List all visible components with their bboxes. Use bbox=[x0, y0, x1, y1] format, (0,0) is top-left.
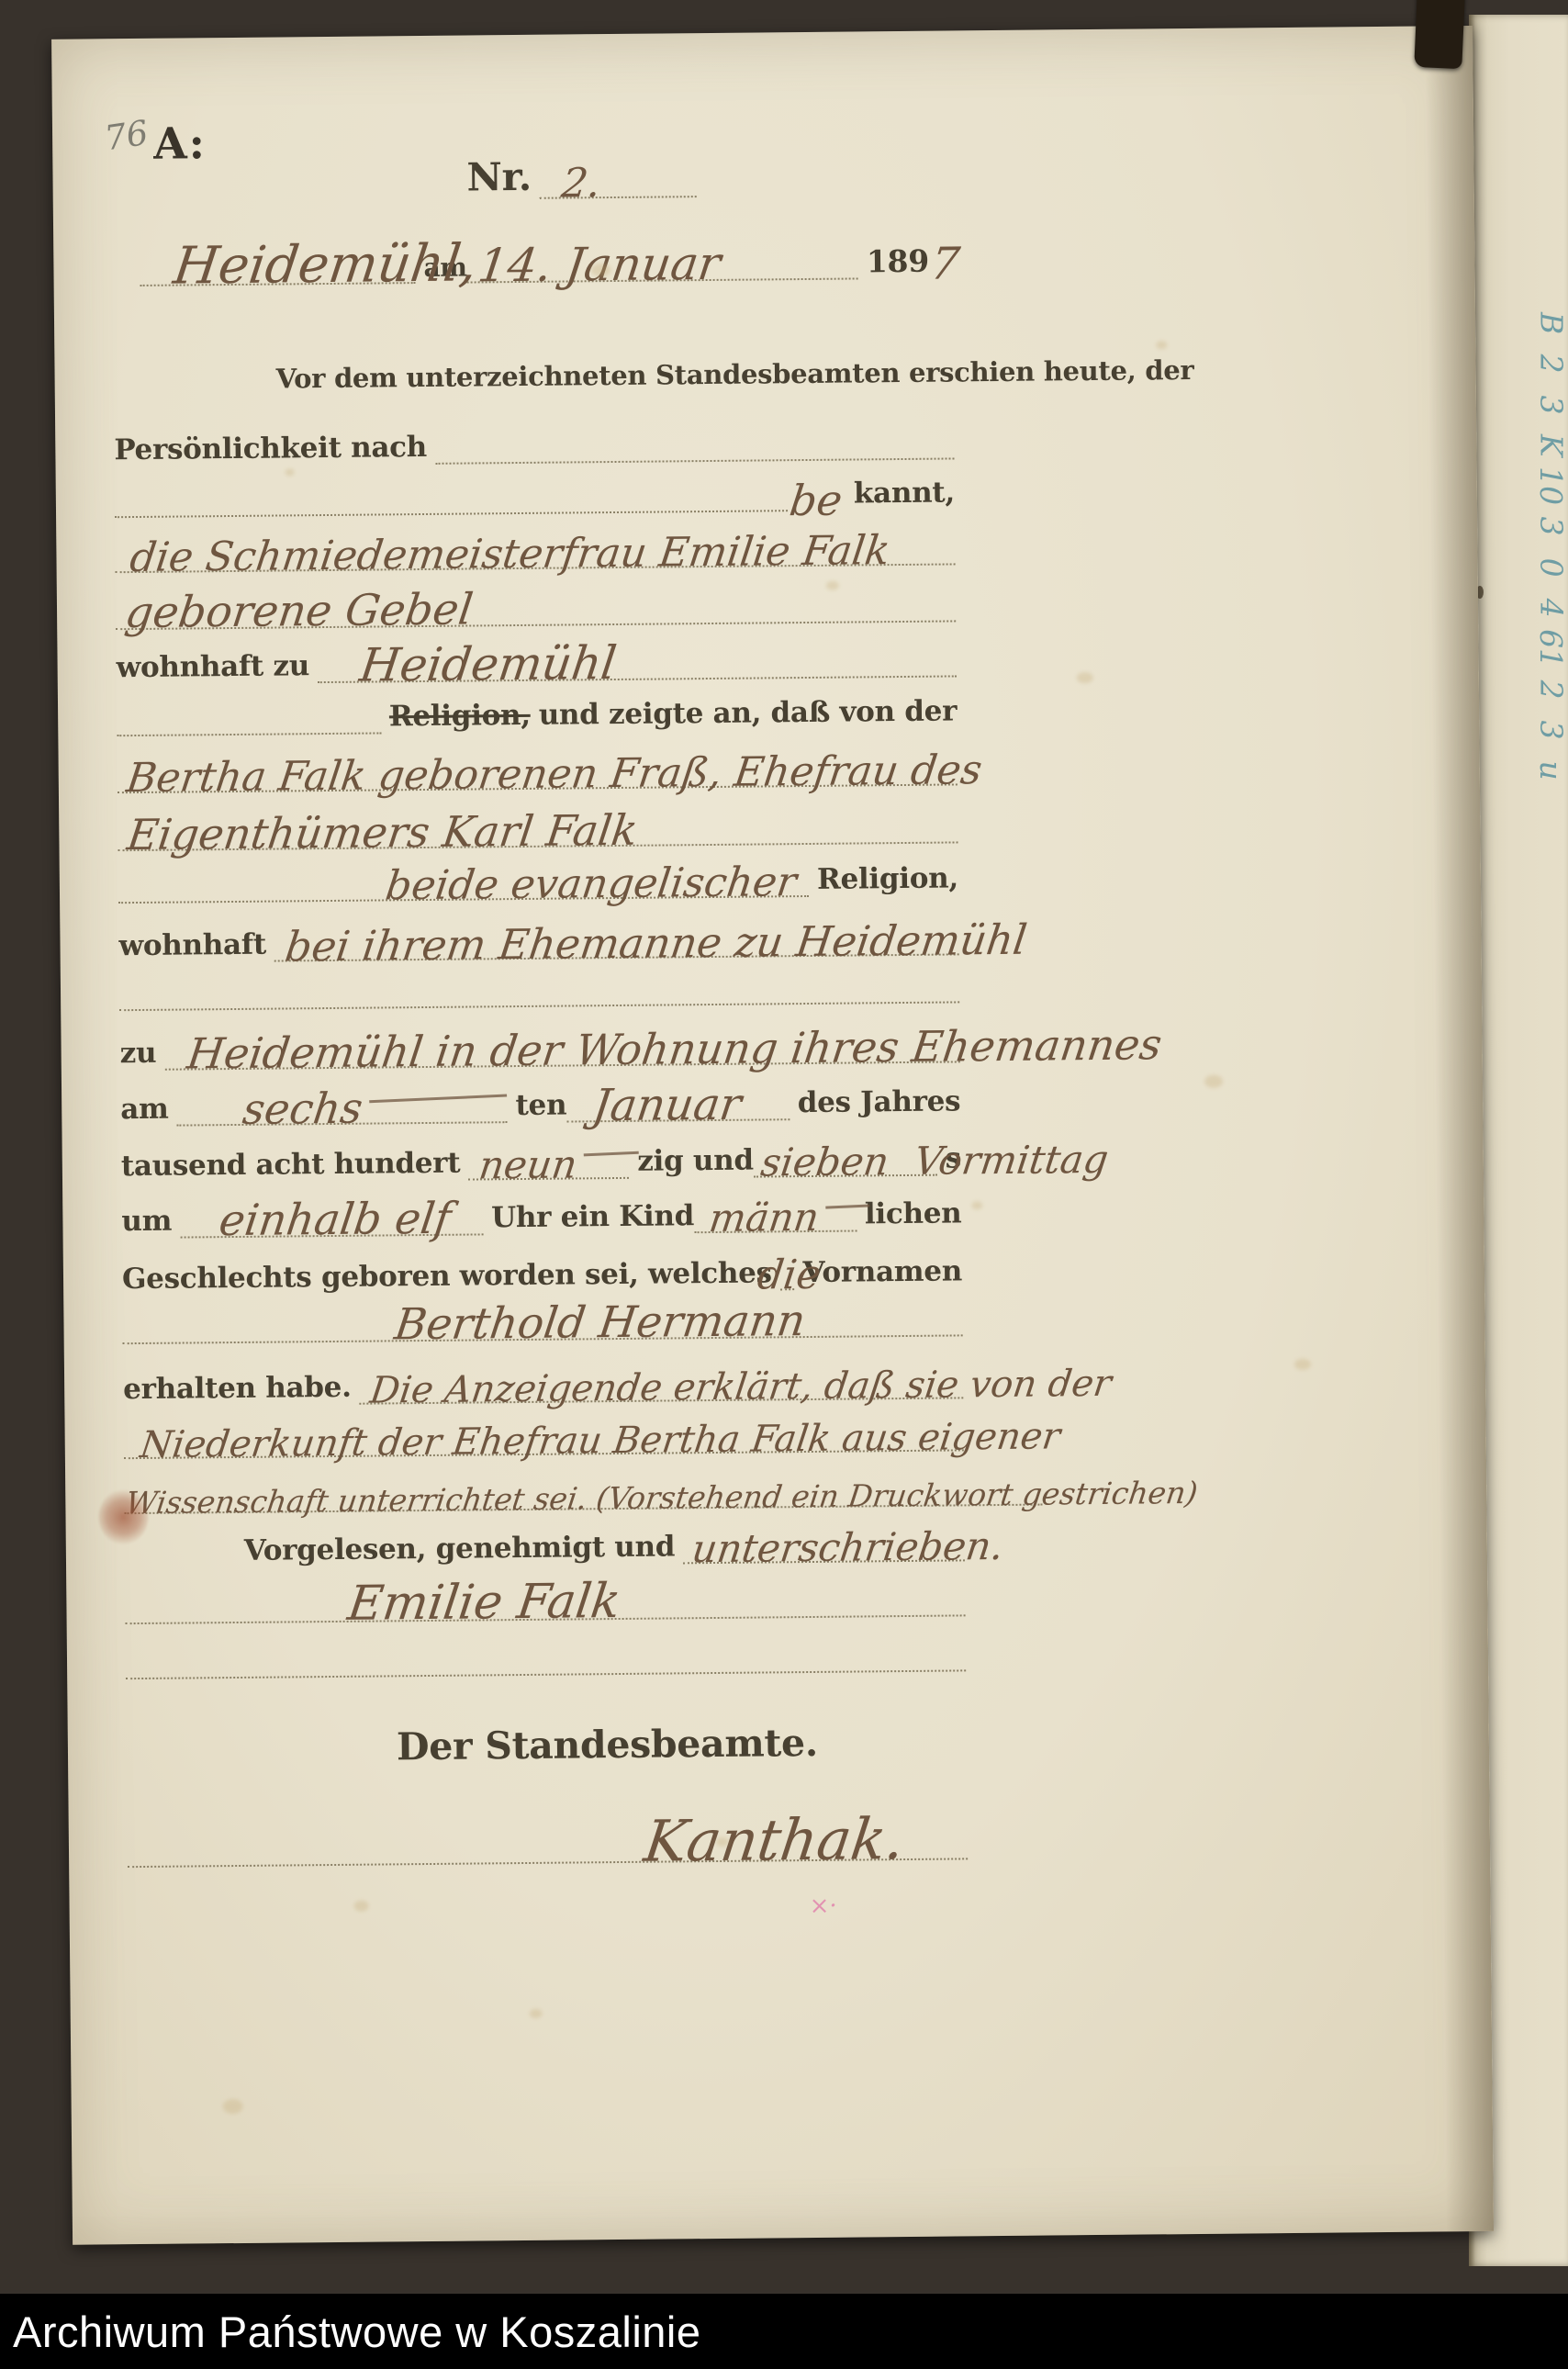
um-label: um bbox=[121, 1207, 180, 1240]
religion-struck-row: Religion, und zeigte an, daß von der bbox=[117, 669, 958, 736]
margin-glyph: 2 bbox=[1534, 679, 1567, 699]
dateline-year-printed: 189 bbox=[858, 246, 929, 280]
foxing-spot bbox=[286, 468, 295, 476]
residence2-value: bei ihrem Ehemanne zu Heidemühl bbox=[274, 924, 1029, 963]
foxing-spot bbox=[1294, 1359, 1311, 1370]
zu-label: zu bbox=[120, 1039, 165, 1071]
birth-day-value: sechs bbox=[177, 1093, 365, 1128]
foxing-spot bbox=[354, 1901, 369, 1912]
birth-day-row: am sechs ten Januar des Jahres bbox=[120, 1060, 961, 1127]
registrar-signature: Kanthak. bbox=[642, 1817, 907, 1864]
am2-label: am bbox=[120, 1095, 177, 1128]
foxing-spot bbox=[716, 1837, 729, 1847]
series-letter: A: bbox=[153, 118, 207, 170]
archive-footer-text: Archiwum Państwowe w Koszalinie bbox=[0, 2307, 701, 2357]
bookmark-tab bbox=[1414, 0, 1464, 69]
ink-stain bbox=[98, 1489, 149, 1545]
declarant-signature-row: Emilie Falk bbox=[125, 1557, 966, 1624]
registrar-signature-row: Kanthak. bbox=[128, 1801, 969, 1868]
uhr-kind-label: Uhr ein Kind bbox=[483, 1202, 694, 1235]
religion-row: beide evangelischer Religion, bbox=[118, 836, 958, 904]
foxing-spot bbox=[1204, 1075, 1223, 1088]
dateline-row: Heidemühl, am 14. Januar 189 7 bbox=[140, 212, 958, 286]
margin-glyph: B bbox=[1534, 312, 1567, 334]
margin-glyph: 3 bbox=[1534, 721, 1567, 740]
margin-glyph: 10 bbox=[1534, 466, 1567, 505]
record-number-label: Nr. bbox=[466, 158, 540, 200]
margin-glyph: 3 bbox=[1534, 395, 1567, 414]
child-name-value: Berthold Hermann bbox=[393, 1305, 808, 1342]
des-jahres-label: des Jahres bbox=[790, 1087, 961, 1120]
foxing-spot bbox=[1077, 672, 1093, 683]
margin-glyph: 61 bbox=[1534, 630, 1567, 668]
registrar-title: Der Standesbeamte. bbox=[397, 1724, 826, 1766]
margin-glyph: K bbox=[1534, 434, 1567, 457]
foxing-spot bbox=[826, 581, 839, 590]
declarant-signature: Emilie Falk bbox=[346, 1583, 622, 1622]
margin-glyph: 3 bbox=[1534, 517, 1567, 536]
mother-row-1: Bertha Falk geborenen Fraß, Ehefrau des bbox=[117, 726, 958, 793]
wohnhaft-label: wohnhaft bbox=[118, 931, 274, 964]
child-name-row: Berthold Hermann bbox=[122, 1277, 963, 1344]
intro-line-text: Vor dem unterzeichneten Standesbeamten e… bbox=[275, 354, 1202, 398]
margin-glyph: u bbox=[1534, 761, 1567, 780]
dateline-year-hand: 7 bbox=[929, 247, 961, 282]
foxing-spot bbox=[971, 1201, 982, 1209]
pencil-page-number: 76 bbox=[102, 113, 151, 159]
birth-month-value: Januar bbox=[566, 1087, 743, 1123]
margin-note-column: B 2 3 K 10 3 0 4 61 2 3 u bbox=[1526, 307, 1568, 788]
foxing-spot bbox=[1156, 341, 1167, 349]
birthplace-row: zu Heidemühl in der Wohnung ihres Eheman… bbox=[119, 1000, 960, 1071]
residence2-row: wohnhaft bei ihrem Ehemanne zu Heidemühl bbox=[118, 896, 959, 963]
birth-time-value: einhalb elf bbox=[180, 1203, 453, 1240]
archive-footer-bar: Archiwum Państwowe w Koszalinie bbox=[0, 2294, 1568, 2369]
blank-line bbox=[117, 675, 381, 736]
foxing-spot bbox=[223, 2099, 243, 2114]
gender-value: männ bbox=[694, 1203, 820, 1234]
lichen-label: lichen bbox=[857, 1199, 962, 1231]
margin-glyph: 2 bbox=[1534, 354, 1567, 374]
record-number-row: Nr. 2. bbox=[466, 144, 697, 199]
registrar-title-label: Der Standesbeamte. bbox=[397, 1721, 826, 1771]
religion-struck-label: Religion, bbox=[381, 702, 531, 735]
record-number-value: 2. bbox=[540, 168, 602, 200]
blank-line bbox=[126, 1658, 966, 1679]
birth-time-row: um einhalb elf Uhr ein Kind männ lichen bbox=[121, 1172, 962, 1239]
intro-paragraph: Vor dem unterzeichneten Standesbeamten e… bbox=[275, 357, 1202, 393]
declarant-row-1: die Schmiedemeisterfrau Emilie Falk bbox=[115, 506, 956, 573]
empty-ruled-line bbox=[126, 1658, 966, 1679]
ten-label: ten bbox=[507, 1092, 566, 1124]
dateline-place: Heidemühl, bbox=[140, 244, 480, 287]
margin-glyph: 4 bbox=[1534, 599, 1567, 618]
margin-glyph: 0 bbox=[1534, 557, 1567, 577]
religion-label: Religion, bbox=[809, 864, 958, 897]
pink-pencil-mark: ×· bbox=[809, 1892, 836, 1920]
pen-flourish bbox=[369, 1095, 507, 1104]
register-page-scan: 76 A: Nr. 2. Heidemühl, am 14. Januar 18… bbox=[51, 26, 1494, 2245]
religion-hand: beide evangelischer bbox=[384, 867, 812, 903]
foxing-spot bbox=[530, 2009, 543, 2018]
